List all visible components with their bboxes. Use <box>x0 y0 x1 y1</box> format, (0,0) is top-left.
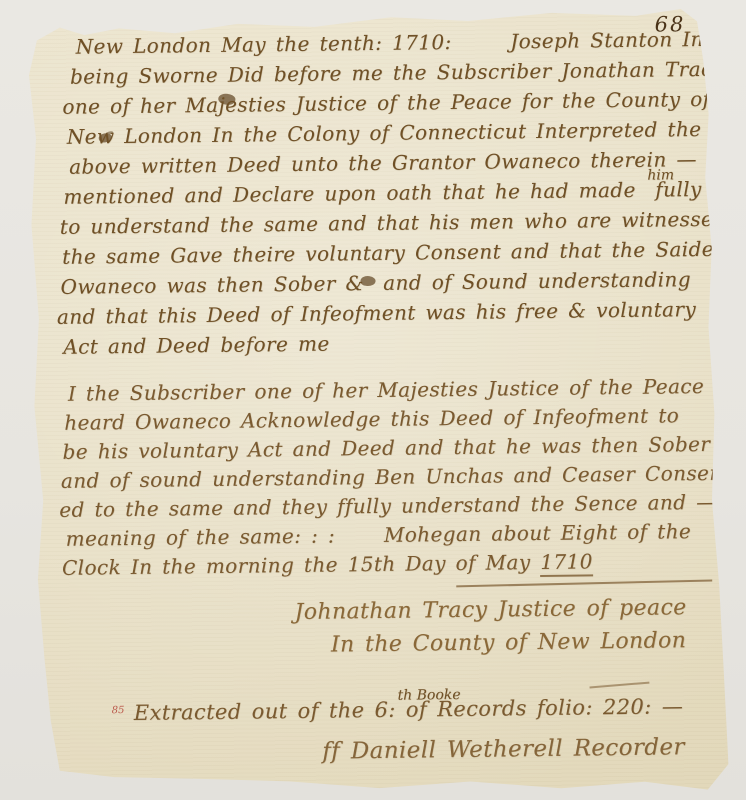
extraction-line: Extracted out of the 6:th Booke of Recor… <box>134 691 714 728</box>
recorder-signature: ff Daniell Wetherell Recorder <box>322 732 714 767</box>
signature-line: In the County of New London <box>331 624 713 662</box>
manuscript-body: New London May the tenth: 1710: Joseph S… <box>49 24 714 770</box>
scan-backdrop: 68 85 New London May the tenth: 1710: Jo… <box>0 0 746 800</box>
certification-paragraph: I the Subscriber one of her Majesties Ju… <box>54 372 712 583</box>
attestation-paragraph: New London May the tenth: 1710: Joseph S… <box>49 24 709 362</box>
inserted-word: th Booke <box>397 680 460 711</box>
paper-sheet: 68 85 New London May the tenth: 1710: Jo… <box>21 4 729 800</box>
line-text: Extracted out of the 6: <box>134 698 396 725</box>
underlined-year: 1710 <box>540 549 593 577</box>
line-text: Clock In the morning the 15th Day of May <box>62 550 541 580</box>
justice-signature-block: Johnathan Tracy Justice of peace In the … <box>294 591 713 662</box>
inserted-word: him <box>647 160 674 190</box>
extraction-note: Extracted out of the 6:th Booke of Recor… <box>134 691 714 728</box>
signature-line: Johnathan Tracy Justice of peace <box>294 591 712 629</box>
line-text: mentioned and Declare upon oath that he … <box>63 178 645 209</box>
